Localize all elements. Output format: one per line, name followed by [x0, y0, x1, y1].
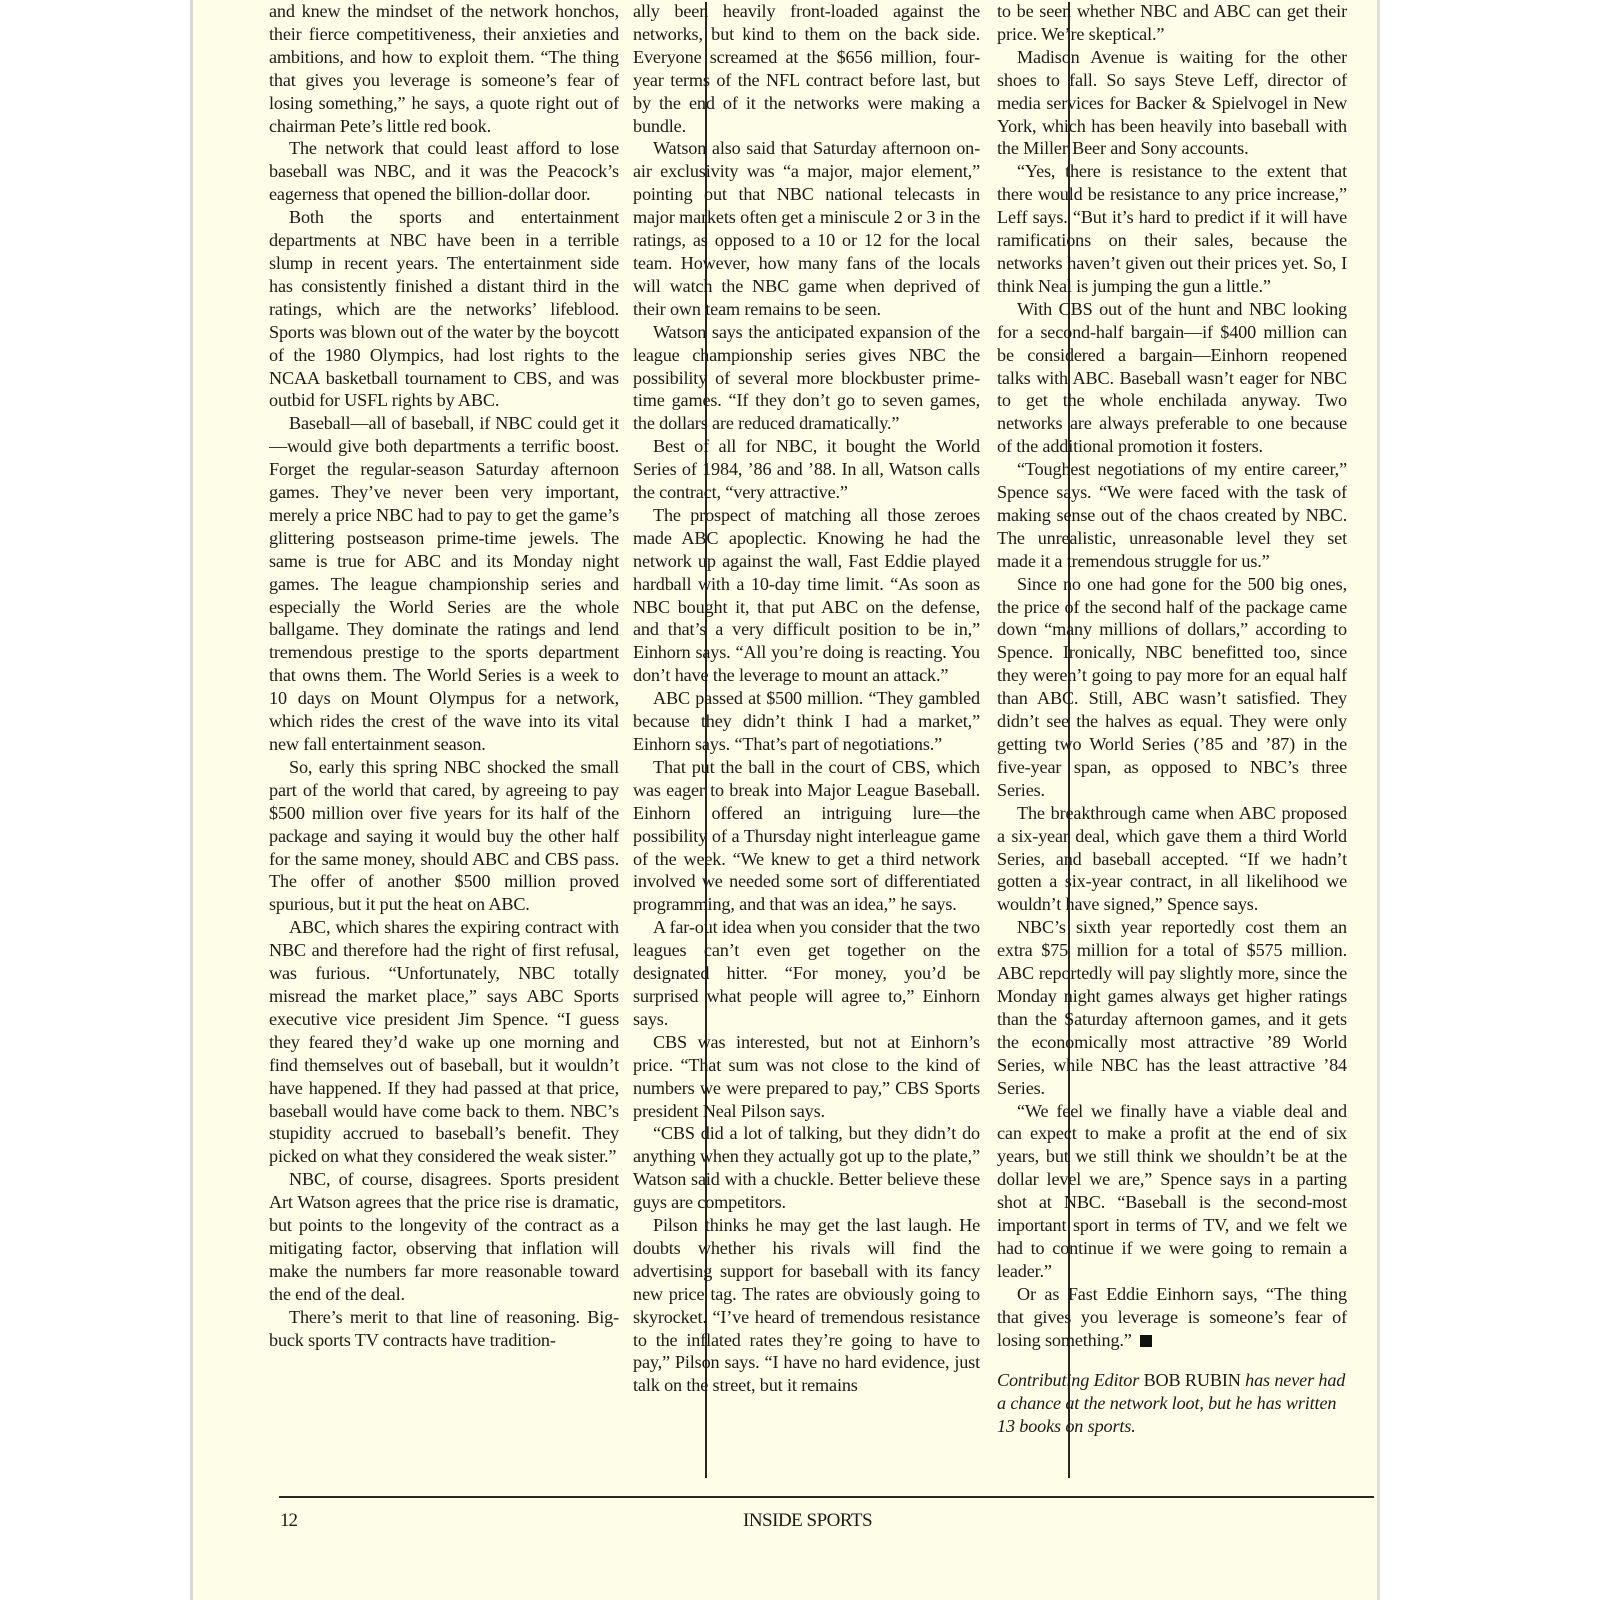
credit-role: Contributing Editor: [997, 1370, 1144, 1390]
paragraph: CBS was interested, but not at Einhorn’s…: [633, 1031, 980, 1123]
credit-author: BOB RUBIN: [1144, 1370, 1241, 1390]
paragraph: “CBS did a lot of talking, but they didn…: [633, 1122, 980, 1214]
paragraph: “Toughest negotiations of my entire care…: [997, 458, 1347, 573]
article-column-3: to be seen whether NBC and ABC can get t…: [997, 0, 1347, 1488]
paragraph: Watson says the anticipated expansion of…: [633, 321, 980, 436]
paragraph: Madison Avenue is waiting for the other …: [997, 46, 1347, 161]
page-number: 12: [280, 1510, 297, 1532]
magazine-page: and knew the mindset of the network honc…: [190, 0, 1380, 1600]
paragraph: Baseball—all of baseball, if NBC could g…: [269, 412, 619, 756]
paragraph: Since no one had gone for the 500 big on…: [997, 573, 1347, 802]
paragraph: A far-out idea when you consider that th…: [633, 916, 980, 1031]
paragraph: There’s merit to that line of reasoning.…: [269, 1306, 619, 1352]
paragraph: to be seen whether NBC and ABC can get t…: [997, 0, 1347, 46]
paragraph: That put the ball in the court of CBS, w…: [633, 756, 980, 916]
end-of-article-square-icon: [1140, 1335, 1152, 1347]
article-column-2: ally been heavily front-loaded against t…: [633, 0, 980, 1488]
paragraph: The breakthrough came when ABC proposed …: [997, 802, 1347, 917]
author-credit: Contributing Editor BOB RUBIN has never …: [997, 1369, 1347, 1438]
paragraph: and knew the mindset of the network honc…: [269, 0, 619, 137]
paragraph: So, early this spring NBC shocked the sm…: [269, 756, 619, 916]
paragraph: Both the sports and entertainment depart…: [269, 206, 619, 412]
publication-name: INSIDE SPORTS: [743, 1510, 872, 1532]
article-column-1: and knew the mindset of the network honc…: [269, 0, 619, 1488]
footer-rule: [279, 1496, 1374, 1498]
paragraph: ally been heavily front-loaded against t…: [633, 0, 980, 137]
paragraph: “We feel we finally have a viable deal a…: [997, 1100, 1347, 1283]
final-paragraph: Or as Fast Eddie Einhorn says, “The thin…: [997, 1283, 1347, 1352]
paragraph: NBC’s sixth year reportedly cost them an…: [997, 916, 1347, 1099]
article-body: and knew the mindset of the network honc…: [269, 0, 1359, 1488]
paragraph: ABC, which shares the expiring contract …: [269, 916, 619, 1168]
paragraph: ABC passed at $500 million. “They gamble…: [633, 687, 980, 756]
paragraph: Watson also said that Saturday afternoon…: [633, 137, 980, 320]
paragraph: The prospect of matching all those zeroe…: [633, 504, 980, 687]
paragraph-text: Or as Fast Eddie Einhorn says, “The thin…: [997, 1284, 1347, 1350]
paragraph: The network that could least afford to l…: [269, 137, 619, 206]
paragraph: NBC, of course, disagrees. Sports presid…: [269, 1168, 619, 1305]
paragraph: “Yes, there is resistance to the extent …: [997, 160, 1347, 297]
paragraph: With CBS out of the hunt and NBC looking…: [997, 298, 1347, 458]
paragraph: Pilson thinks he may get the last laugh.…: [633, 1214, 980, 1397]
paragraph: Best of all for NBC, it bought the World…: [633, 435, 980, 504]
